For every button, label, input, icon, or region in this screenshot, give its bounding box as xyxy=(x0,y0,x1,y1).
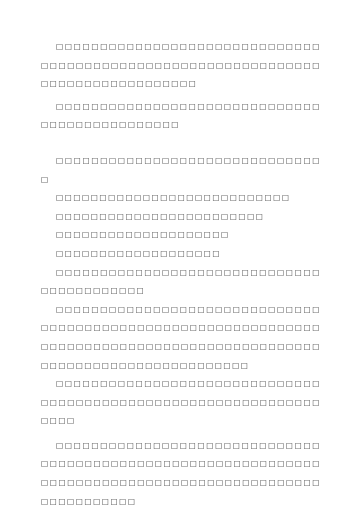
paragraph: □□□□□□□□□□□□□□□□□□□ xyxy=(41,245,321,264)
paragraph: □□□□□□□□□□□□□□□□□□□□ xyxy=(41,226,321,245)
paragraph: □□□□□□□□□□□□□□□□□□□□□□□□□□□□□□□□□□□□□□□□… xyxy=(41,38,321,94)
paragraph: □□□□□□□□□□□□□□□□□□□□□□□□□□□□□□□□□□□□□□□□… xyxy=(41,98,321,135)
paragraph: □□□□□□□□□□□□□□□□□□□□□□□□□□□□□□□□□□□□□□□□… xyxy=(41,264,321,301)
paragraph: □□□□□□□□□□□□□□□□□□□□□□□□□□□ xyxy=(41,189,321,208)
paragraph: □□□□□□□□□□□□□□□□□□□□□□□□ xyxy=(41,208,321,227)
paragraph: □□□□□□□□□□□□□□□□□□□□□□□□□□□□□□□□□□□□□□□□… xyxy=(41,301,321,375)
paragraph: □□□□□□□□□□□□□□□□□□□□□□□□□□□□□□□□□□□□□□□□… xyxy=(41,437,321,509)
document-page: □□□□□□□□□□□□□□□□□□□□□□□□□□□□□□□□□□□□□□□□… xyxy=(0,0,360,509)
paragraph: □□□□□□□□□□□□□□□□□□□□□□□□□□□□□□□□□□□□□□□□… xyxy=(41,375,321,431)
paragraph: □□□□□□□□□□□□□□□□□□□□□□□□□□□□□□□ xyxy=(41,152,321,189)
novel-text-body: □□□□□□□□□□□□□□□□□□□□□□□□□□□□□□□□□□□□□□□□… xyxy=(41,38,321,509)
